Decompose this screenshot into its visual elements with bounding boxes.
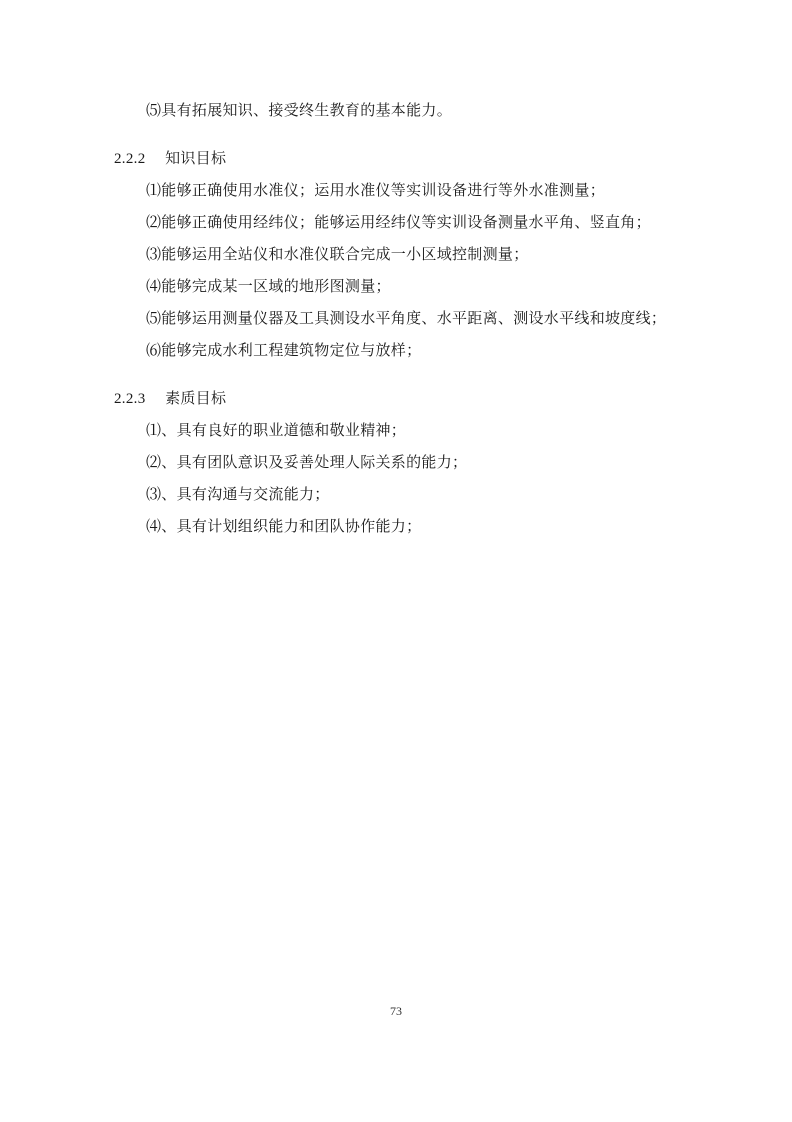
list-item: ⑸能够运用测量仪器及工具测设水平角度、水平距离、测设水平线和坡度线； [146,308,666,328]
page-number: 73 [0,1004,792,1019]
section-number: 2.2.2 [114,149,160,169]
list-item: ⑷能够完成某一区域的地形图测量； [146,276,391,296]
section-number: 2.2.3 [114,389,160,409]
list-item: ⑷、具有计划组织能力和团队协作能力； [146,516,421,536]
list-item: ⑴能够正确使用水准仪；运用水准仪等实训设备进行等外水准测量； [146,180,605,200]
list-item: ⑶能够运用全站仪和水准仪联合完成一小区域控制测量； [146,244,529,264]
list-item: ⑵能够正确使用经纬仪；能够运用经纬仪等实训设备测量水平角、竖直角； [146,212,651,232]
section-heading: 2.2.2 知识目标 [114,148,226,169]
section-title: 素质目标 [165,389,226,407]
list-item: ⑶、具有沟通与交流能力； [146,484,330,504]
list-item: ⑴、具有良好的职业道德和敬业精神； [146,420,406,440]
list-item: ⑸具有拓展知识、接受终生教育的基本能力。 [146,100,452,120]
section-title: 知识目标 [165,149,226,167]
section-heading: 2.2.3 素质目标 [114,388,226,409]
list-item: ⑹能够完成水利工程建筑物定位与放样； [146,340,421,360]
list-item: ⑵、具有团队意识及妥善处理人际关系的能力； [146,452,467,472]
